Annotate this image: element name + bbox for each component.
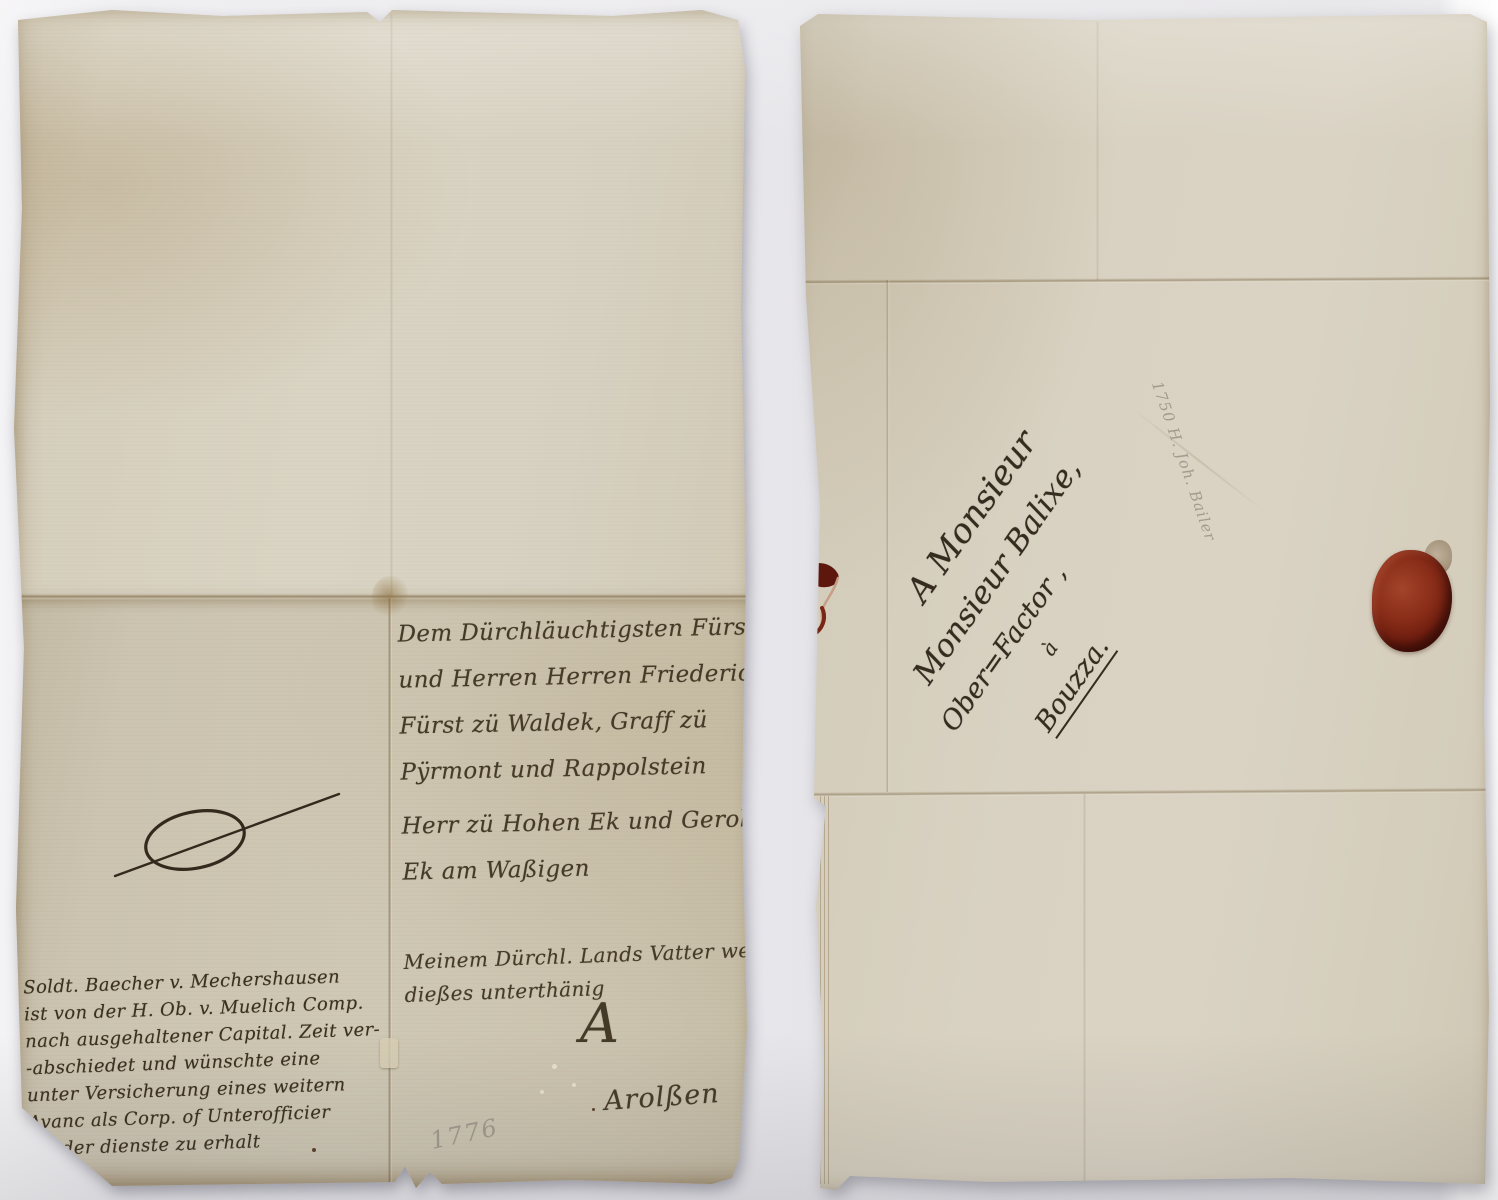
address-line: Herr zü Hohen Ek und Gerols bbox=[401, 796, 750, 849]
left-letter: Dem Dürchläuchtigsten Fürsten und Herren… bbox=[12, 8, 756, 1192]
stacked-page-edges bbox=[820, 796, 830, 1184]
address-line: Ek am Waßigen bbox=[402, 842, 751, 895]
wax-seal-body bbox=[1372, 550, 1452, 652]
vertical-crease-top bbox=[1096, 22, 1099, 280]
right-letter-paper: A Monsieur Monsieur Balixe, Ober=Factor … bbox=[790, 6, 1492, 1196]
address-line: Pÿrmont und Rappolstein bbox=[400, 742, 749, 795]
paper-speck bbox=[552, 1064, 557, 1069]
ink-spot bbox=[592, 1108, 595, 1111]
vertical-crease-middle bbox=[886, 280, 890, 792]
large-initial: A bbox=[580, 992, 619, 1055]
paper-speck bbox=[572, 1083, 576, 1087]
address-line: Fürst zü Waldek, Graff zü bbox=[399, 696, 748, 749]
left-letter-paper: Dem Dürchläuchtigsten Fürsten und Herren… bbox=[12, 8, 756, 1192]
upper-fold-crease bbox=[790, 276, 1492, 285]
wax-seal-remnant bbox=[796, 546, 848, 654]
pen-flourish-mark bbox=[107, 776, 347, 886]
vertical-crease-bottom bbox=[1083, 794, 1086, 1186]
photo-backdrop: Dem Dürchläuchtigsten Fürsten und Herren… bbox=[0, 0, 1498, 1200]
red-wax-seal bbox=[1372, 540, 1454, 656]
address-line: Dem Dürchläuchtigsten Fürsten bbox=[397, 604, 746, 657]
address-line: und Herren Herren Friederich bbox=[398, 650, 747, 703]
paper-speck bbox=[540, 1090, 544, 1094]
right-letter: A Monsieur Monsieur Balixe, Ober=Factor … bbox=[790, 6, 1492, 1196]
address-panel: Dem Dürchläuchtigsten Fürsten und Herren… bbox=[397, 604, 751, 895]
dedication-panel: Meinem Dürchl. Lands Vatter werd dießes … bbox=[403, 934, 750, 1012]
left-letter-top-flap bbox=[12, 8, 756, 598]
note-panel: Soldt. Baecher v. Mechershausen ist von … bbox=[23, 962, 397, 1164]
recipient-address: A Monsieur Monsieur Balixe, Ober=Factor … bbox=[846, 351, 1334, 852]
